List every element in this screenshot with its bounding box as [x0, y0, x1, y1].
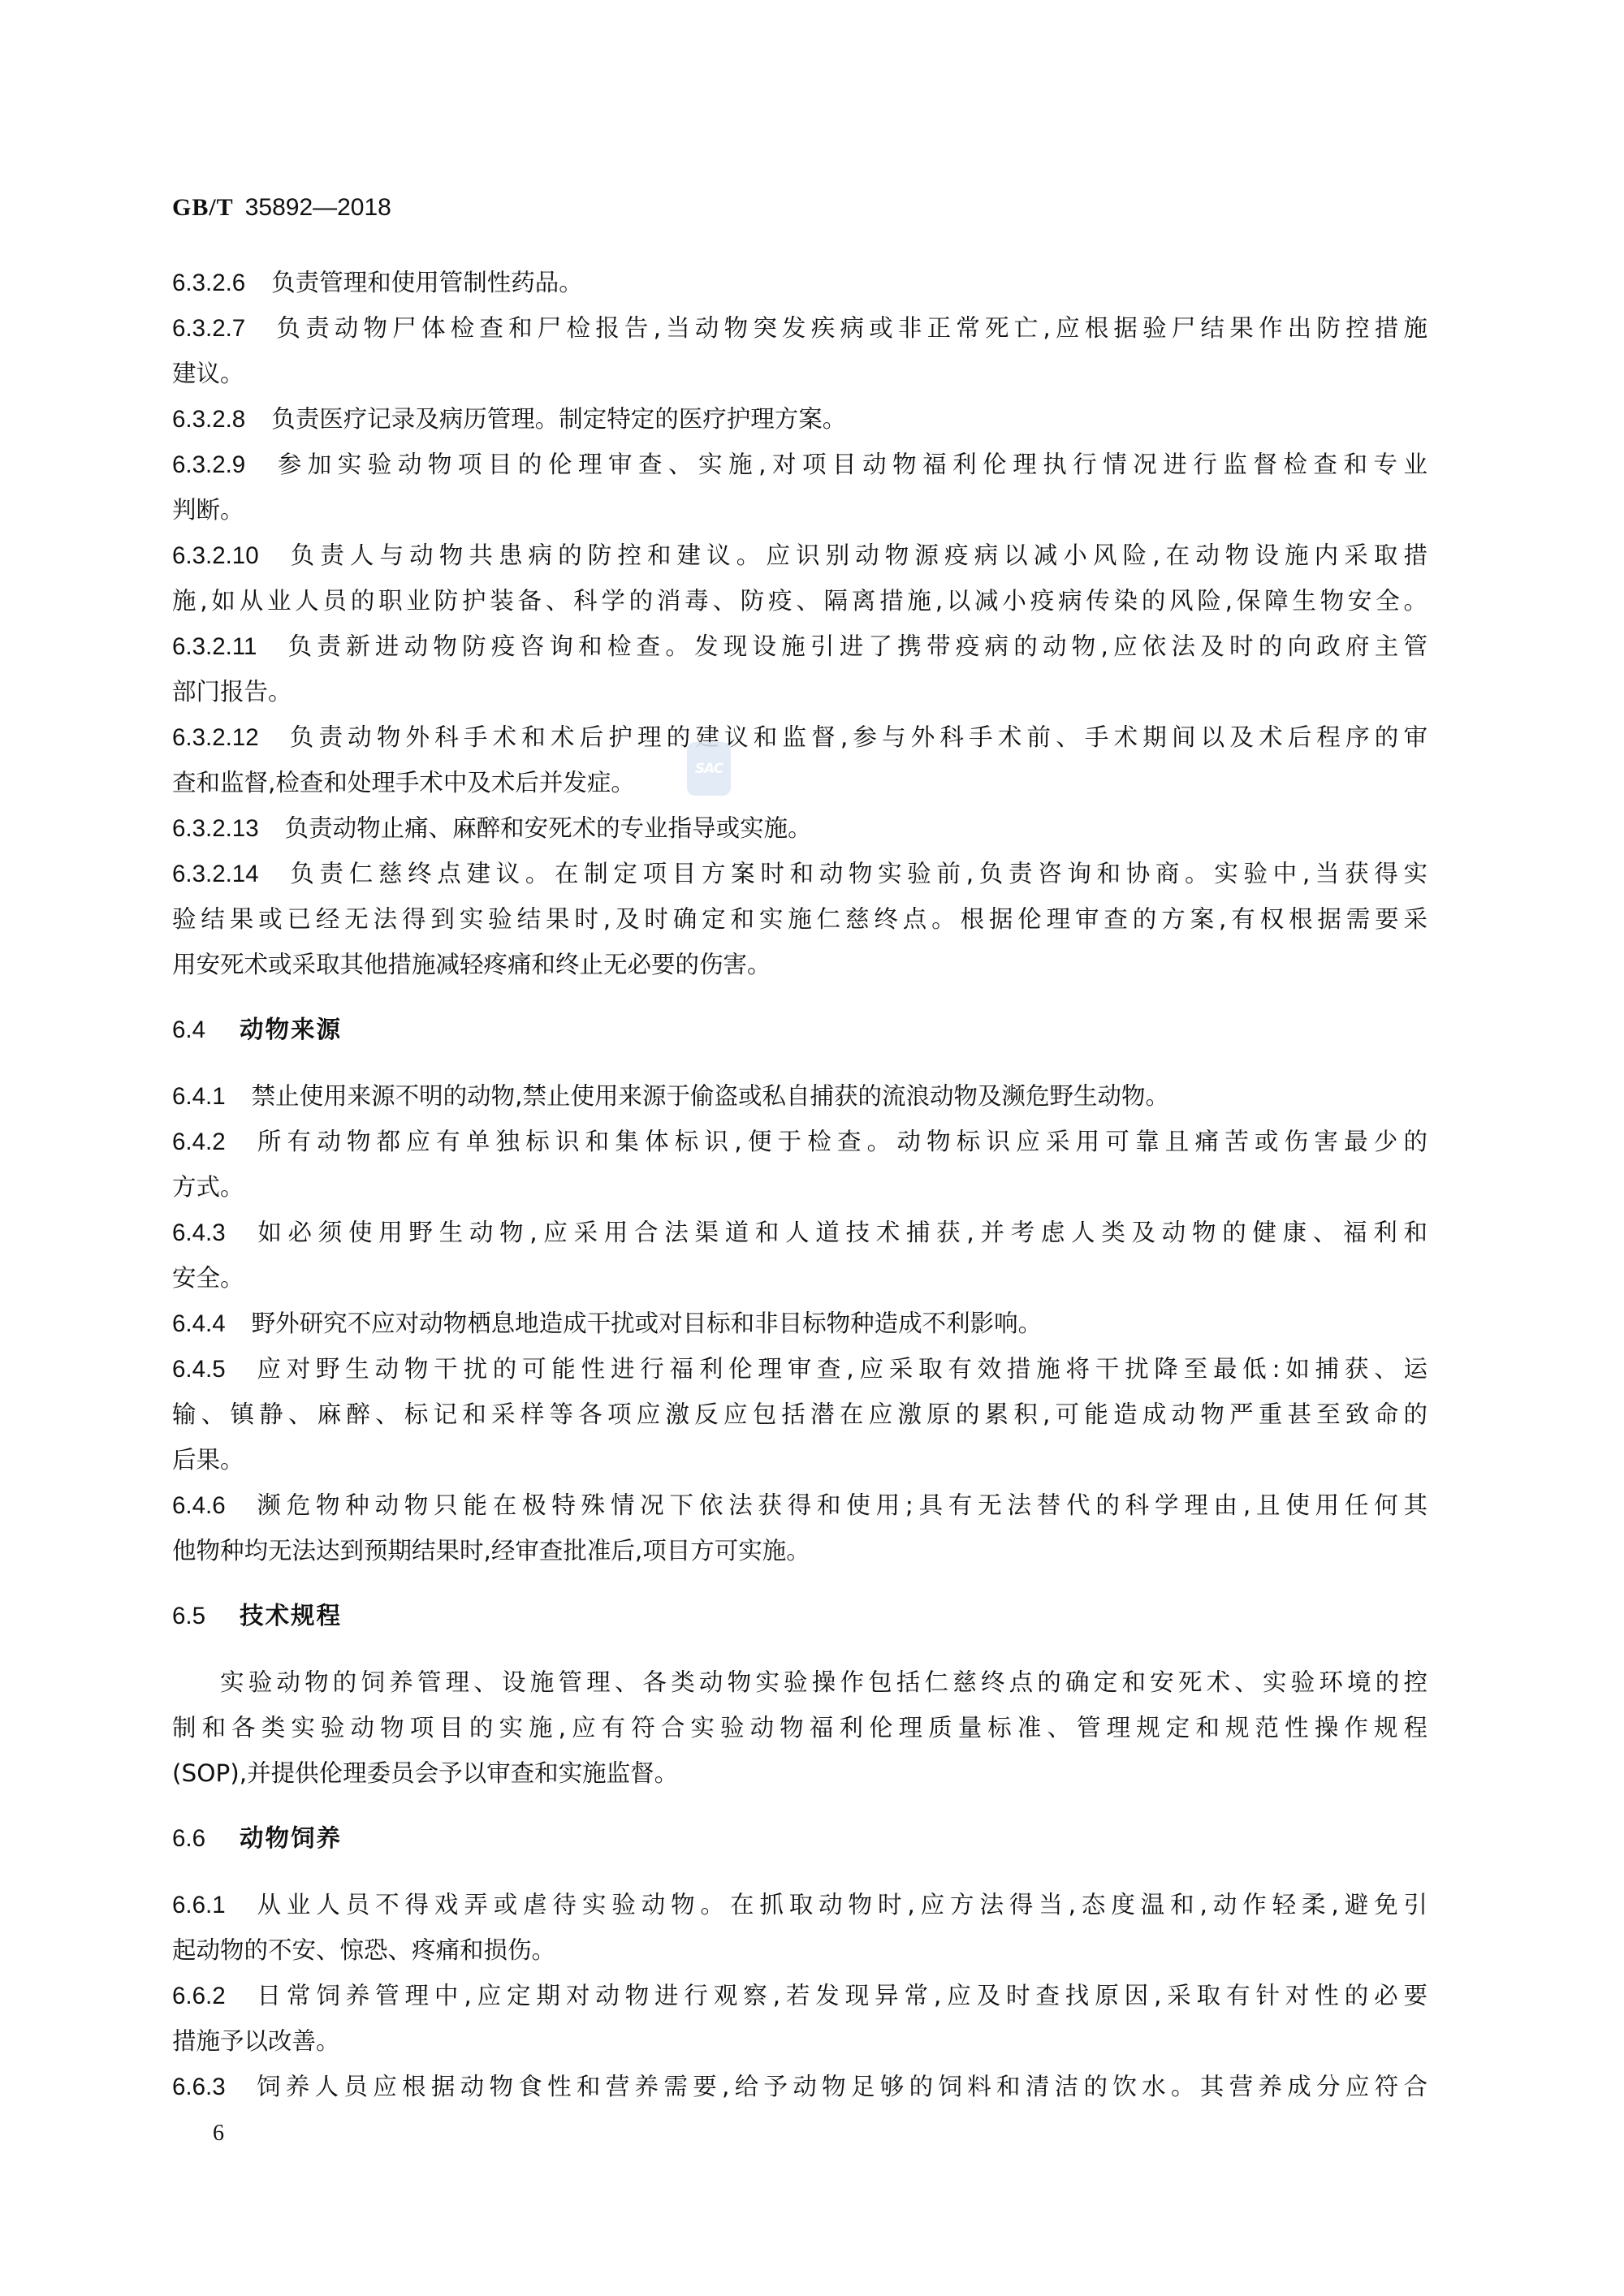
clause-6-6-2: 6.6.2日常饲养管理中,应定期对动物进行观察,若发现异常,应及时查找原因,采取…: [172, 1978, 1427, 2013]
clause-continuation: 后果。: [172, 1442, 1427, 1478]
clause-number: 6.3.2.12: [172, 720, 259, 756]
clause-number: 6.3.2.10: [172, 538, 259, 574]
clause-continuation: 方式。: [172, 1169, 1427, 1205]
clause-6-4-2: 6.4.2所有动物都应有单独标识和集体标识,便于检查。动物标识应采用可靠且痛苦或…: [172, 1124, 1427, 1159]
standard-prefix: GB/T: [172, 194, 234, 221]
clause-6-3-2-7: 6.3.2.7负责动物尸体检查和尸检报告,当动物突发疾病或非正常死亡,应根据验尸…: [172, 310, 1427, 346]
clause-continuation: 建议。: [172, 356, 1427, 391]
clause-text: 负责动物止痛、麻醉和安死术的专业指导或实施。: [285, 814, 812, 842]
clause-number: 6.6.2: [172, 1979, 226, 2014]
sac-watermark-logo: SAC: [687, 742, 731, 796]
clause-6-3-2-11: 6.3.2.11负责新进动物防疫咨询和检查。发现设施引进了携带疫病的动物,应依法…: [172, 628, 1427, 664]
section-number: 6.5: [172, 1603, 205, 1629]
section-title: 动物饲养: [240, 1824, 342, 1852]
paragraph-line: 实验动物的饲养管理、设施管理、各类动物实验操作包括仁慈终点的确定和安死术、实验环…: [172, 1664, 1427, 1700]
clause-number: 6.3.2.11: [172, 629, 257, 665]
clause-text: 负责人与动物共患病的防控和建议。应识别动物源疫病以减小风险,在动物设施内采取措: [285, 542, 1427, 569]
clause-6-3-2-9: 6.3.2.9参加实验动物项目的伦理审查、实施,对项目动物福利伦理执行情况进行监…: [172, 447, 1427, 482]
clause-6-3-2-14: 6.3.2.14负责仁慈终点建议。在制定项目方案时和动物实验前,负责咨询和协商。…: [172, 856, 1427, 891]
clause-text: 应对野生动物干扰的可能性进行福利伦理审查,应采取有效措施将干扰降至最低:如捕获、…: [252, 1355, 1427, 1383]
clause-6-6-3: 6.6.3饲养人员应根据动物食性和营养需要,给予动物足够的饲料和清洁的饮水。其营…: [172, 2069, 1427, 2104]
section-heading-6-5: 6.5技术规程: [172, 1598, 342, 1634]
clause-text: 从业人员不得戏弄或虐待实验动物。在抓取动物时,应方法得当,态度温和,动作轻柔,避…: [252, 1891, 1427, 1918]
paragraph-line: (SOP),并提供伦理委员会予以审查和实施监督。: [172, 1755, 1427, 1791]
clause-6-3-2-12: 6.3.2.12负责动物外科手术和术后护理的建议和监督,参与外科手术前、手术期间…: [172, 719, 1427, 755]
clause-number: 6.3.2.8: [172, 402, 245, 438]
clause-continuation: 用安死术或采取其他措施减轻疼痛和终止无必要的伤害。: [172, 947, 1427, 982]
section-number: 6.4: [172, 1016, 205, 1043]
clause-number: 6.4.6: [172, 1488, 226, 1524]
clause-text: 负责仁慈终点建议。在制定项目方案时和动物实验前,负责咨询和协商。实验中,当获得实: [285, 860, 1427, 887]
clause-text: 负责管理和使用管制性药品。: [271, 269, 583, 296]
clause-text: 所有动物都应有单独标识和集体标识,便于检查。动物标识应采用可靠且痛苦或伤害最少的: [252, 1128, 1427, 1155]
clause-6-4-1: 6.4.1禁止使用来源不明的动物,禁止使用来源于偷盗或私自捕获的流浪动物及濒危野…: [172, 1078, 1427, 1114]
section-title: 技术规程: [240, 1602, 342, 1629]
page-number: 6: [213, 2121, 224, 2147]
clause-6-3-2-8: 6.3.2.8负责医疗记录及病历管理。制定特定的医疗护理方案。: [172, 401, 1427, 437]
clause-continuation: 他物种均无法达到预期结果时,经审查批准后,项目方可实施。: [172, 1533, 1427, 1569]
clause-number: 6.3.2.14: [172, 857, 259, 892]
clause-text: 负责动物尸体检查和尸检报告,当动物突发疾病或非正常死亡,应根据验尸结果作出防控措…: [271, 314, 1427, 342]
clause-number: 6.3.2.9: [172, 447, 245, 483]
section-title: 动物来源: [240, 1016, 342, 1043]
clause-6-4-5: 6.4.5应对野生动物干扰的可能性进行福利伦理审查,应采取有效措施将干扰降至最低…: [172, 1351, 1427, 1387]
clause-text: 参加实验动物项目的伦理审查、实施,对项目动物福利伦理执行情况进行监督检查和专业: [271, 451, 1427, 478]
clause-6-4-3: 6.4.3如必须使用野生动物,应采用合法渠道和人道技术捕获,并考虑人类及动物的健…: [172, 1215, 1427, 1250]
clause-6-3-2-6: 6.3.2.6负责管理和使用管制性药品。: [172, 265, 1427, 300]
clause-number: 6.4.2: [172, 1124, 226, 1160]
clause-number: 6.4.4: [172, 1306, 226, 1342]
clause-number: 6.6.1: [172, 1888, 226, 1923]
watermark-text: SAC: [695, 761, 723, 777]
clause-continuation: 起动物的不安、惊恐、疼痛和损伤。: [172, 1932, 1427, 1968]
clause-number: 6.3.2.7: [172, 311, 245, 347]
clause-continuation: 安全。: [172, 1260, 1427, 1296]
clause-continuation: 输、镇静、麻醉、标记和采样等各项应激反应包括潜在应激原的累积,可能造成动物严重甚…: [172, 1396, 1427, 1432]
clause-text: 濒危物种动物只能在极特殊情况下依法获得和使用;具有无法替代的科学理由,且使用任何…: [252, 1491, 1427, 1519]
section-number: 6.6: [172, 1825, 205, 1852]
section-heading-6-4: 6.4动物来源: [172, 1012, 342, 1048]
clause-text: 日常饲养管理中,应定期对动物进行观察,若发现异常,应及时查找原因,采取有针对性的…: [252, 1982, 1427, 2009]
clause-6-3-2-10: 6.3.2.10负责人与动物共患病的防控和建议。应识别动物源疫病以减小风险,在动…: [172, 537, 1427, 573]
clause-number: 6.4.3: [172, 1215, 226, 1251]
clause-text: 负责动物外科手术和术后护理的建议和监督,参与外科手术前、手术期间以及术后程序的审: [285, 723, 1427, 751]
clause-continuation: 措施予以改善。: [172, 2023, 1427, 2059]
clause-6-4-4: 6.4.4野外研究不应对动物栖息地造成干扰或对目标和非目标物种造成不利影响。: [172, 1306, 1427, 1341]
clause-6-3-2-13: 6.3.2.13负责动物止痛、麻醉和安死术的专业指导或实施。: [172, 810, 1427, 846]
clause-number: 6.3.2.6: [172, 265, 245, 301]
standard-header: GB/T35892—2018: [172, 192, 391, 224]
clause-text: 野外研究不应对动物栖息地造成干扰或对目标和非目标物种造成不利影响。: [252, 1310, 1043, 1337]
standard-number: 35892—2018: [245, 194, 391, 221]
clause-number: 6.6.3: [172, 2069, 226, 2105]
clause-continuation: 部门报告。: [172, 674, 1427, 710]
clause-number: 6.4.1: [172, 1079, 226, 1115]
clause-6-4-6: 6.4.6濒危物种动物只能在极特殊情况下依法获得和使用;具有无法替代的科学理由,…: [172, 1487, 1427, 1523]
clause-continuation: 查和监督,检查和处理手术中及术后并发症。: [172, 765, 1427, 801]
clause-6-6-1: 6.6.1从业人员不得戏弄或虐待实验动物。在抓取动物时,应方法得当,态度温和,动…: [172, 1887, 1427, 1923]
clause-text: 负责医疗记录及病历管理。制定特定的医疗护理方案。: [271, 405, 846, 433]
clause-text: 禁止使用来源不明的动物,禁止使用来源于偷盗或私自捕获的流浪动物及濒危野生动物。: [252, 1082, 1169, 1110]
clause-number: 6.4.5: [172, 1352, 226, 1388]
clause-text: 负责新进动物防疫咨询和检查。发现设施引进了携带疫病的动物,应依法及时的向政府主管: [283, 632, 1427, 660]
paragraph-line: 制和各类实验动物项目的实施,应有符合实验动物福利伦理质量标准、管理规定和规范性操…: [172, 1710, 1427, 1746]
clause-text: 饲养人员应根据动物食性和营养需要,给予动物足够的饲料和清洁的饮水。其营养成分应符…: [252, 2073, 1427, 2100]
clause-text: 如必须使用野生动物,应采用合法渠道和人道技术捕获,并考虑人类及动物的健康、福利和: [252, 1219, 1427, 1246]
clause-continuation: 验结果或已经无法得到实验结果时,及时确定和实施仁慈终点。根据伦理审查的方案,有权…: [172, 901, 1427, 937]
clause-number: 6.3.2.13: [172, 811, 259, 847]
section-heading-6-6: 6.6动物饲养: [172, 1820, 342, 1857]
clause-continuation: 施,如从业人员的职业防护装备、科学的消毒、防疫、隔离措施,以减小疫病传染的风险,…: [172, 583, 1427, 619]
document-page: GB/T35892—2018 6.3.2.6负责管理和使用管制性药品。 6.3.…: [0, 0, 1624, 2296]
clause-continuation: 判断。: [172, 492, 1427, 528]
